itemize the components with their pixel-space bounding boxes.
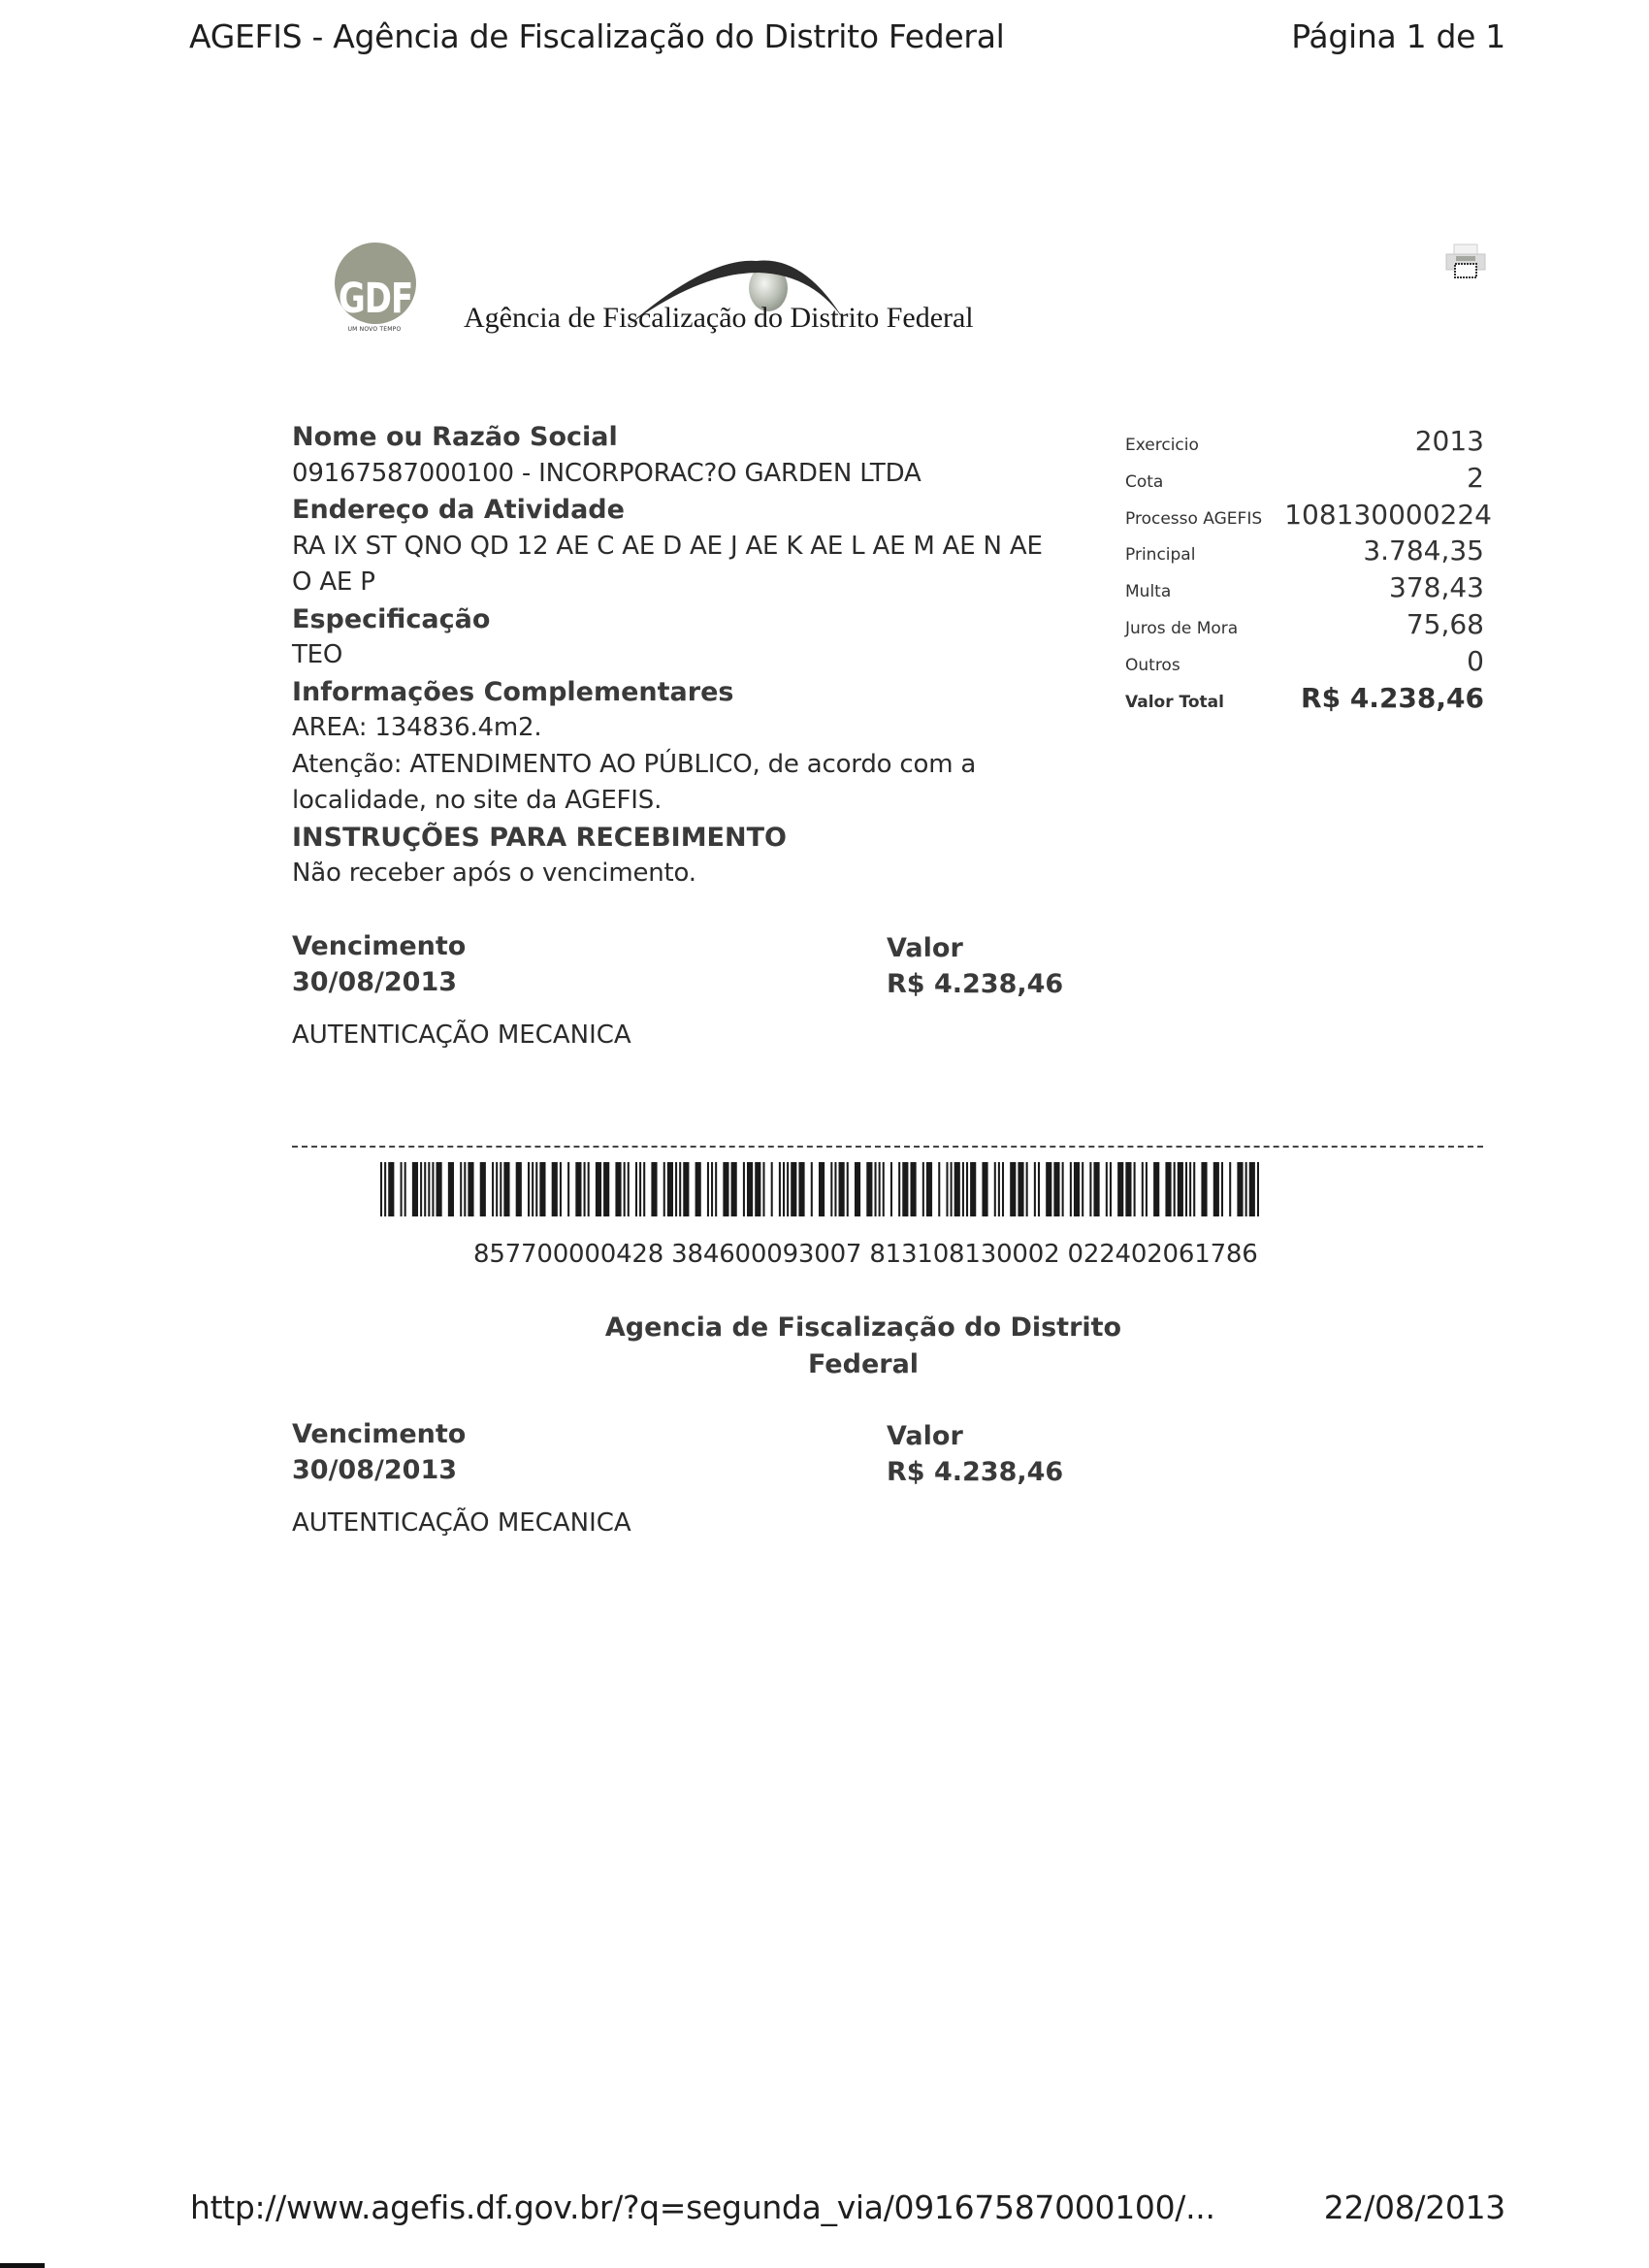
summary-value: 378,43 (1389, 571, 1484, 603)
complementary-info-line-2: Atenção: ATENDIMENTO AO PÚBLICO, de acor… (292, 747, 1126, 784)
complementary-info-line-3: localidade, no site da AGEFIS. (292, 783, 1126, 820)
summary-value: 2 (1467, 462, 1484, 494)
agency-banner: Agência de Fiscalização do Distrito Fede… (456, 247, 1077, 344)
print-footer-url: http://www.agefis.df.gov.br/?q=segunda_v… (190, 2188, 1215, 2226)
summary-label: Exercicio (1125, 436, 1199, 455)
amount-label: Valor (887, 930, 963, 967)
summary-label: Processo AGEFIS (1125, 509, 1262, 529)
summary-label: Cota (1125, 472, 1163, 492)
agency-name-line-2: Federal (543, 1346, 1183, 1383)
summary-row-principal: Principal 3.784,35 (1125, 535, 1484, 571)
instructions-label: INSTRUÇÕES PARA RECEBIMENTO (292, 820, 1126, 857)
name-value: 09167587000100 - INCORPORAC?O GARDEN LTD… (292, 456, 1126, 493)
gdf-logo-letters: GDF (335, 275, 416, 323)
due-date-value: 30/08/2013 (292, 964, 457, 1001)
amount-label-bottom: Valor (887, 1418, 963, 1455)
summary-label: Juros de Mora (1125, 619, 1238, 638)
summary-value: 0 (1467, 645, 1484, 677)
summary-total-label: Valor Total (1125, 693, 1224, 712)
print-footer-date: 22/08/2013 (1324, 2188, 1505, 2226)
mechanical-authentication-label: AUTENTICAÇÃO MECANICA (292, 1021, 631, 1050)
summary-row-total: Valor Total R$ 4.238,46 (1125, 682, 1484, 719)
address-line-2: O AE P (292, 565, 1126, 601)
name-label: Nome ou Razão Social (292, 419, 1126, 456)
printer-icon[interactable] (1443, 243, 1488, 281)
scan-edge-mark (0, 2263, 45, 2268)
agency-name-line-1: Agencia de Fiscalização do Distrito (543, 1310, 1183, 1346)
mechanical-authentication-label-bottom: AUTENTICAÇÃO MECANICA (292, 1508, 631, 1538)
summary-value: 2013 (1415, 425, 1484, 457)
specification-value: TEO (292, 637, 1126, 674)
barcode-digits: 857700000428 384600093007 813108130002 0… (473, 1240, 1258, 1269)
summary-label: Principal (1125, 545, 1195, 565)
gdf-logo: GDF UM NOVO TEMPO (330, 243, 419, 340)
summary-value: 3.784,35 (1363, 535, 1484, 567)
gdf-logo-tagline: UM NOVO TEMPO (330, 326, 419, 333)
amount-value-bottom: R$ 4.238,46 (887, 1454, 1063, 1491)
amount-value: R$ 4.238,46 (887, 966, 1063, 1003)
due-date-value-bottom: 30/08/2013 (292, 1452, 457, 1489)
instructions-value: Não receber após o vencimento. (292, 856, 1126, 892)
summary-row-processo: Processo AGEFIS 108130000224 (1125, 499, 1484, 535)
summary-total-value: R$ 4.238,46 (1301, 682, 1484, 714)
summary-value: 108130000224 (1284, 499, 1492, 531)
summary-label: Multa (1125, 582, 1171, 601)
address-label: Endereço da Atividade (292, 492, 1126, 529)
page-number: Página 1 de 1 (1291, 17, 1505, 55)
summary-row-outros: Outros 0 (1125, 645, 1484, 682)
complementary-info-label: Informações Complementares (292, 674, 1126, 711)
amount-summary: Exercicio 2013 Cota 2 Processo AGEFIS 10… (1125, 425, 1484, 718)
due-date-label: Vencimento (292, 928, 466, 965)
address-line-1: RA IX ST QNO QD 12 AE C AE D AE J AE K A… (292, 529, 1126, 566)
summary-row-juros: Juros de Mora 75,68 (1125, 608, 1484, 645)
agency-title: Agência de Fiscalização do Distrito Fede… (464, 302, 974, 335)
complementary-info-line-1: AREA: 134836.4m2. (292, 710, 1126, 747)
details-section: Nome ou Razão Social 09167587000100 - IN… (292, 419, 1126, 892)
gdf-logo-circle: GDF (335, 243, 416, 324)
barcode (380, 1162, 1259, 1216)
summary-row-exercicio: Exercicio 2013 (1125, 425, 1484, 462)
agency-name-bottom: Agencia de Fiscalização do Distrito Fede… (543, 1310, 1183, 1383)
print-header-title: AGEFIS - Agência de Fiscalização do Dist… (189, 17, 1004, 55)
summary-label: Outros (1125, 656, 1180, 675)
specification-label: Especificação (292, 601, 1126, 638)
summary-row-multa: Multa 378,43 (1125, 571, 1484, 608)
summary-value: 75,68 (1406, 608, 1484, 640)
summary-row-cota: Cota 2 (1125, 462, 1484, 499)
cut-line-divider (292, 1146, 1483, 1148)
due-date-label-bottom: Vencimento (292, 1416, 466, 1453)
